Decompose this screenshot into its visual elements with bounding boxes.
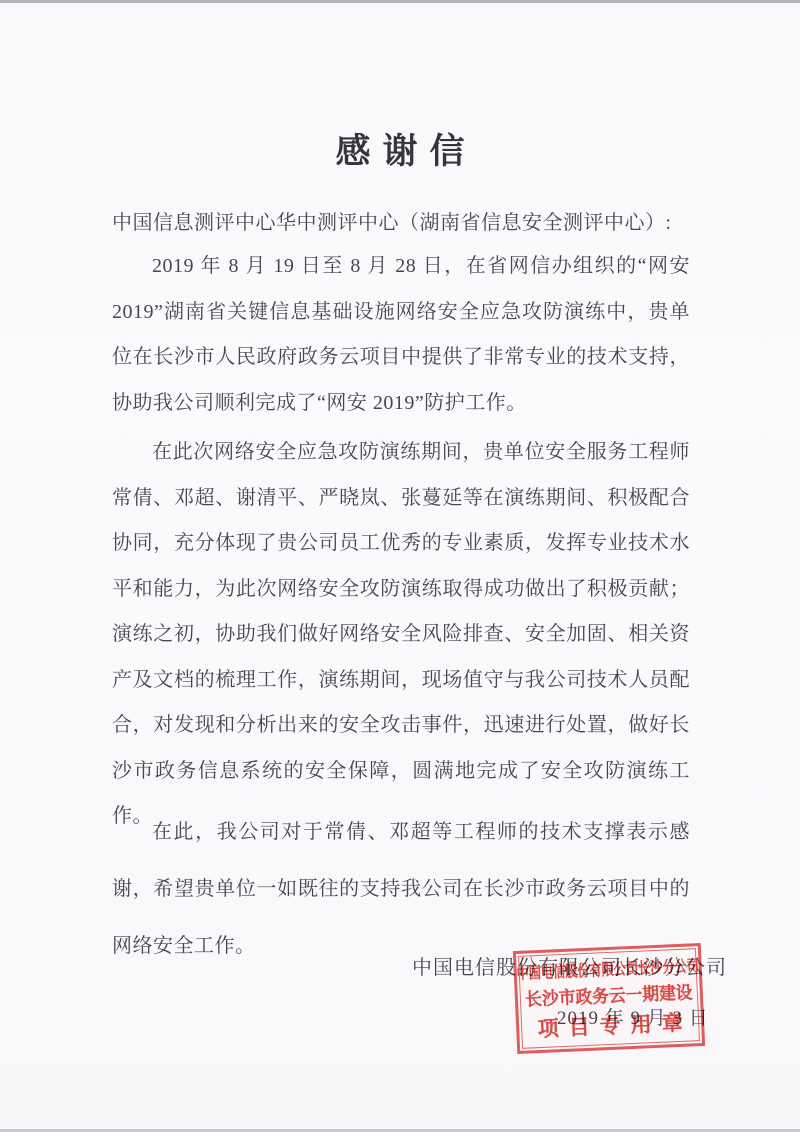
salutation: 中国信息测评中心华中测评中心（湖南省信息安全测评中心）: xyxy=(112,208,712,238)
scan-edge-top xyxy=(0,0,800,3)
scanned-letter-page: 感谢信 中国信息测评中心华中测评中心（湖南省信息安全测评中心）: 2019 年 … xyxy=(0,0,800,1132)
official-stamp-frame: 中国电信股份有限公司长沙分公司 长沙市政务云一期建设 项目专用章 xyxy=(518,948,700,1049)
stamp-seal-type-line: 项目专用章 xyxy=(527,1006,693,1043)
paragraph-1: 2019 年 8 月 19 日至 8 月 28 日，在省网信办组织的“网安 20… xyxy=(112,244,690,426)
official-stamp: 中国电信股份有限公司长沙分公司 长沙市政务云一期建设 项目专用章 xyxy=(513,943,705,1054)
paragraph-2: 在此次网络安全应急攻防演练期间，贵单位安全服务工程师常倩、邓超、谢清平、严晓岚、… xyxy=(112,430,690,840)
letter-title: 感谢信 xyxy=(0,124,800,174)
